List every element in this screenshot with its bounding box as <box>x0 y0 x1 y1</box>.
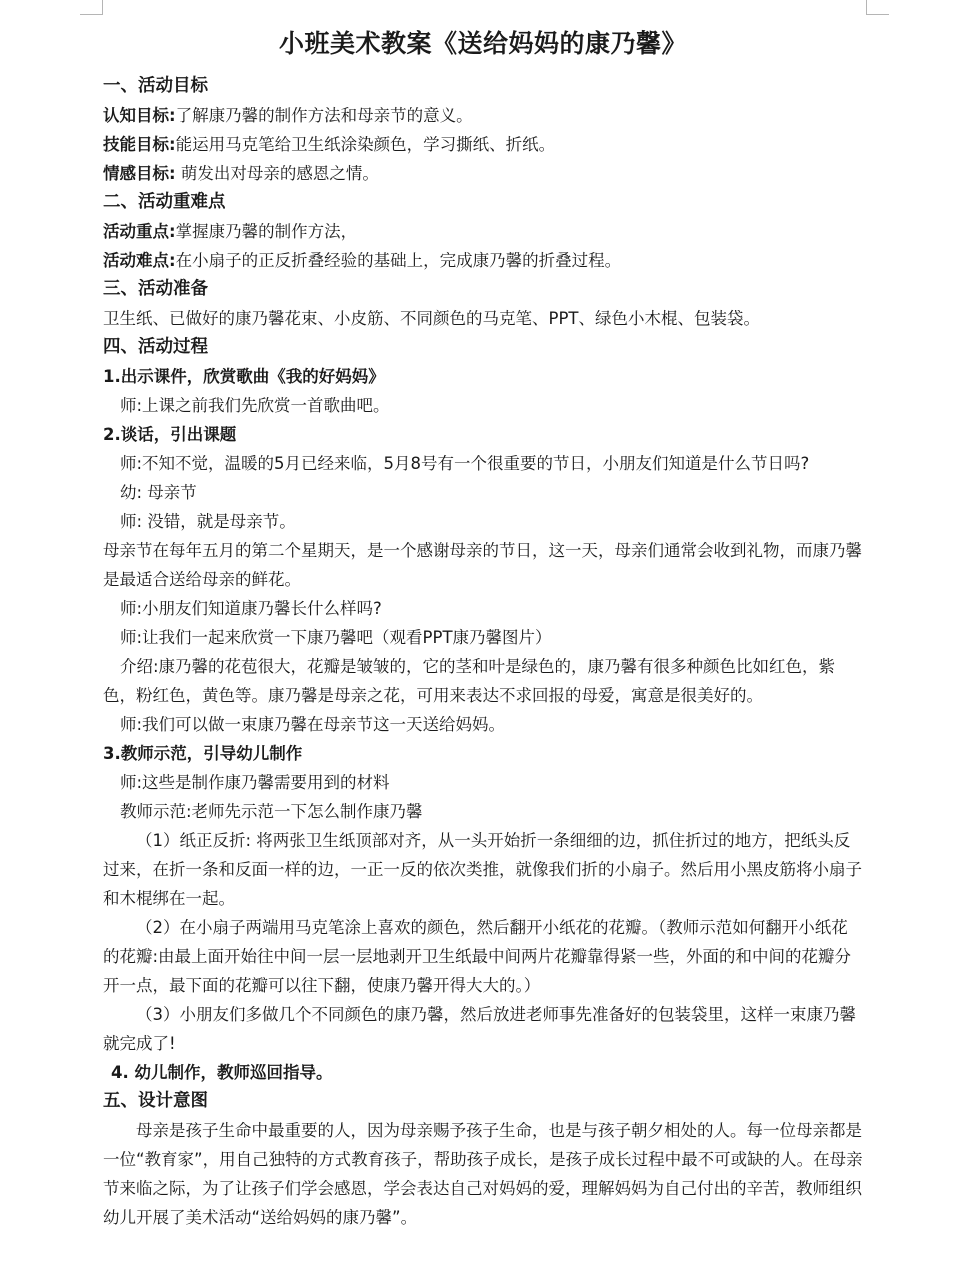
step3-heading: 3.教师示范，引导幼儿制作 <box>103 739 863 768</box>
step2-line: 师: 没错，就是母亲节。 <box>103 507 863 536</box>
step3-line: （1）纸正反折: 将两张卫生纸顶部对齐，从一头开始折一条细细的边，抓住折过的地方… <box>103 826 863 913</box>
step1-line: 师:上课之前我们先欣赏一首歌曲吧。 <box>103 391 863 420</box>
document-page: 小班美术教案《送给妈妈的康乃馨》 一、活动目标 认知目标:了解康乃馨的制作方法和… <box>103 24 863 1232</box>
step2-line: 师:小朋友们知道康乃馨长什么样吗? <box>103 594 863 623</box>
objective-text: 能运用马克笔给卫生纸涂染颜色，学习撕纸、折纸。 <box>176 135 556 154</box>
step3-line: 师:这些是制作康乃馨需要用到的材料 <box>103 768 863 797</box>
preparation-text: 卫生纸、已做好的康乃馨花束、小皮筋、不同颜色的马克笔、PPT、绿色小木棍、包装袋… <box>103 304 863 333</box>
key-point-text: 掌握康乃馨的制作方法， <box>176 222 358 241</box>
design-intent-text: 母亲是孩子生命中最重要的人，因为母亲赐予孩子生命，也是与孩子朝夕相处的人。每一位… <box>103 1116 863 1232</box>
step4-heading: 4. 幼儿制作，教师巡回指导。 <box>103 1058 863 1087</box>
objective-label: 情感目标: <box>103 164 176 183</box>
section-heading-process: 四、活动过程 <box>103 333 863 362</box>
step2-line: 幼: 母亲节 <box>103 478 863 507</box>
key-point: 活动重点:掌握康乃馨的制作方法， <box>103 217 863 246</box>
objective-emotion: 情感目标: 萌发出对母亲的感恩之情。 <box>103 159 863 188</box>
step3-line: 教师示范:老师先示范一下怎么制作康乃馨 <box>103 797 863 826</box>
section-heading-key-points: 二、活动重难点 <box>103 188 863 217</box>
document-title: 小班美术教案《送给妈妈的康乃馨》 <box>103 24 863 60</box>
objective-text: 了解康乃馨的制作方法和母亲节的意义。 <box>176 106 473 125</box>
key-point-label: 活动重点: <box>103 222 176 241</box>
section-heading-preparation: 三、活动准备 <box>103 275 863 304</box>
step3-line: （3）小朋友们多做几个不同颜色的康乃馨，然后放进老师事先准备好的包装袋里，这样一… <box>103 1000 863 1058</box>
objective-label: 技能目标: <box>103 135 176 154</box>
step2-line: 介绍:康乃馨的花苞很大，花瓣是皱皱的，它的茎和叶是绿色的，康乃馨有很多种颜色比如… <box>103 652 863 710</box>
section-heading-objectives: 一、活动目标 <box>103 72 863 101</box>
objective-label: 认知目标: <box>103 106 176 125</box>
difficult-point-text: 在小扇子的正反折叠经验的基础上，完成康乃馨的折叠过程。 <box>176 251 622 270</box>
page-corner-mark-left <box>80 0 103 15</box>
objective-text: 萌发出对母亲的感恩之情。 <box>176 164 379 183</box>
step2-line: 师:让我们一起来欣赏一下康乃馨吧（观看PPT康乃馨图片） <box>103 623 863 652</box>
step2-line: 母亲节在每年五月的第二个星期天，是一个感谢母亲的节日，这一天，母亲们通常会收到礼… <box>103 536 863 594</box>
step2-line: 师:我们可以做一束康乃馨在母亲节这一天送给妈妈。 <box>103 710 863 739</box>
section-heading-design-intent: 五、设计意图 <box>103 1087 863 1116</box>
step3-line: （2）在小扇子两端用马克笔涂上喜欢的颜色，然后翻开小纸花的花瓣。（教师示范如何翻… <box>103 913 863 1000</box>
step1-heading: 1.出示课件，欣赏歌曲《我的好妈妈》 <box>103 362 863 391</box>
objective-skill: 技能目标:能运用马克笔给卫生纸涂染颜色，学习撕纸、折纸。 <box>103 130 863 159</box>
page-corner-mark-right <box>866 0 889 15</box>
step2-heading: 2.谈话，引出课题 <box>103 420 863 449</box>
difficult-point-label: 活动难点: <box>103 251 176 270</box>
step2-line: 师:不知不觉，温暖的5月已经来临，5月8号有一个很重要的节日，小朋友们知道是什么… <box>103 449 863 478</box>
difficult-point: 活动难点:在小扇子的正反折叠经验的基础上，完成康乃馨的折叠过程。 <box>103 246 863 275</box>
objective-cognitive: 认知目标:了解康乃馨的制作方法和母亲节的意义。 <box>103 101 863 130</box>
